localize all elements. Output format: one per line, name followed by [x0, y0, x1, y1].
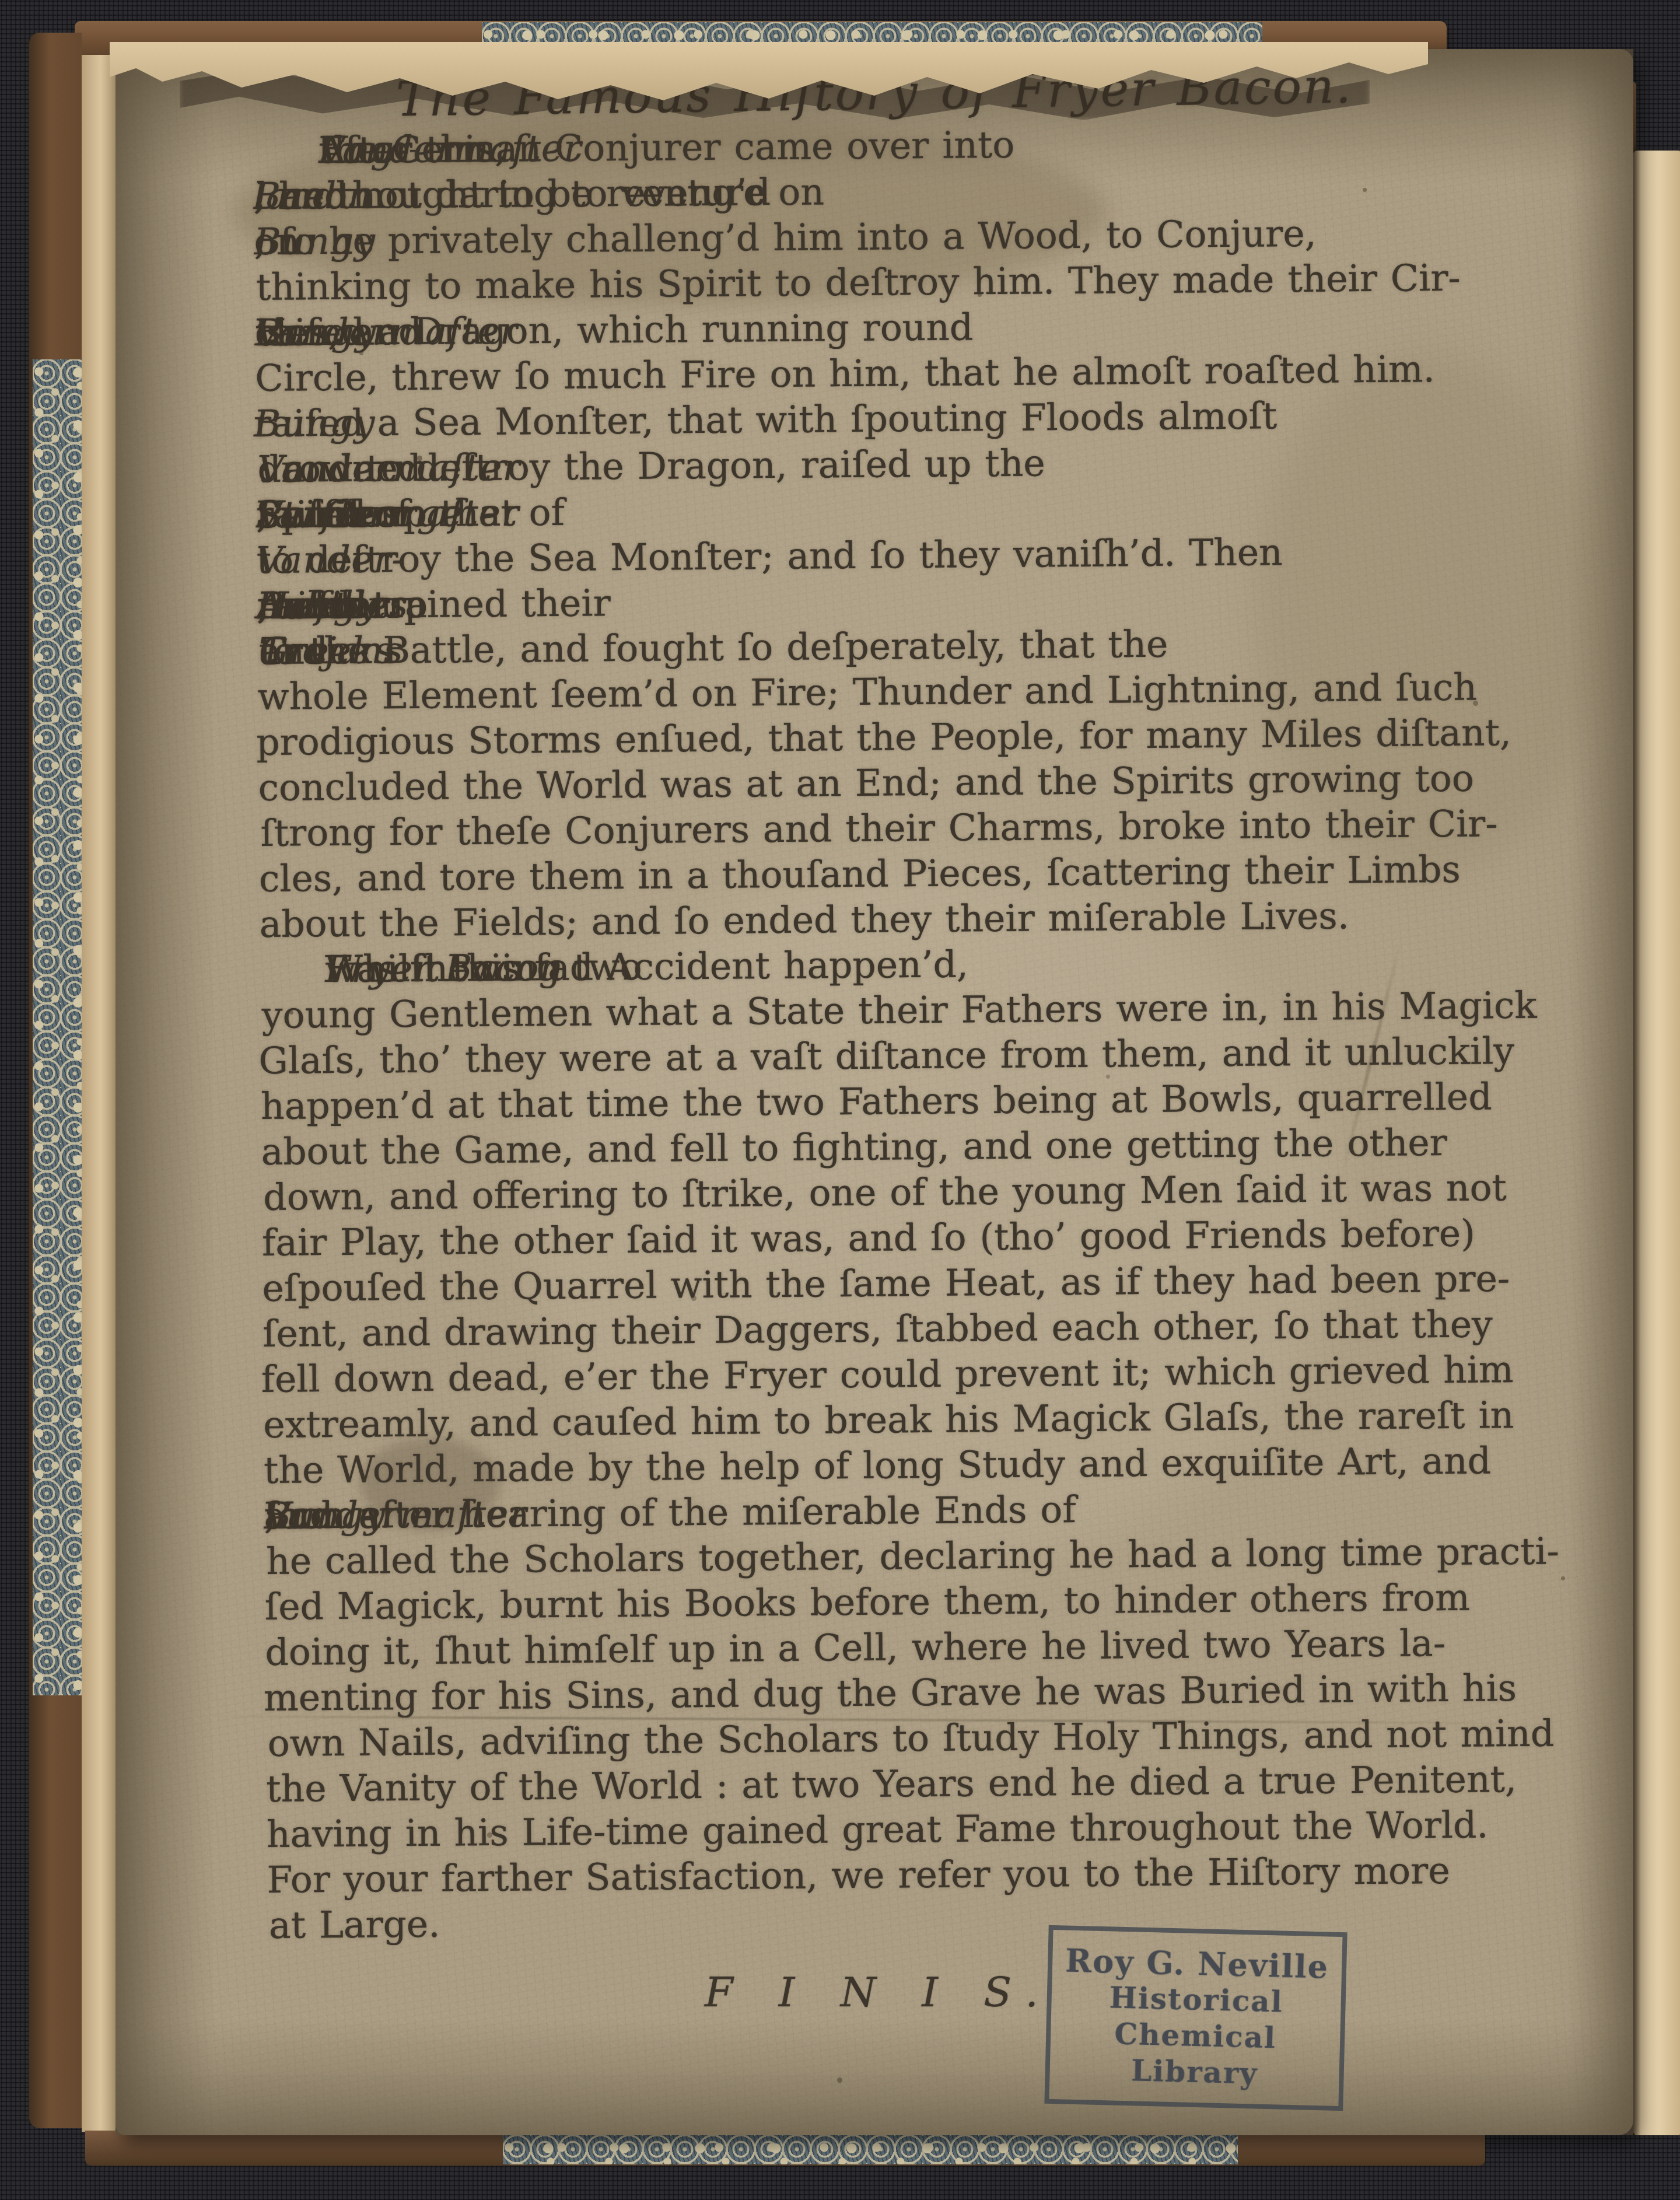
marbled-paper-bottom	[503, 2135, 1238, 2164]
finis-label: F I N I S.	[705, 1968, 1053, 2016]
page-text: After this, Vandermaſter the German Conj…	[253, 118, 1512, 1949]
page: The Famous Hiſtory of Fryer Bacon. After…	[116, 49, 1633, 2135]
page-soiling-bottom	[116, 2019, 1633, 2135]
flyleaf-edge-right	[1633, 151, 1680, 2135]
marbled-paper-left	[33, 359, 82, 1695]
library-stamp: Roy G. NevilleHistoricalChemicalLibrary	[1044, 1925, 1347, 2111]
stamp-line: Chemical	[1114, 2016, 1277, 2056]
page-soiling-left	[116, 49, 215, 2135]
flyleaf-edge-left	[82, 55, 116, 2132]
stamp-line: Roy G. Neville	[1065, 1943, 1329, 1985]
stamp-line: Library	[1130, 2052, 1258, 2091]
stamp-line: Historical	[1109, 1979, 1283, 2020]
book-scan: The Famous Hiſtory of Fryer Bacon. After…	[0, 0, 1680, 2200]
page-soiling-right	[1569, 49, 1633, 2135]
